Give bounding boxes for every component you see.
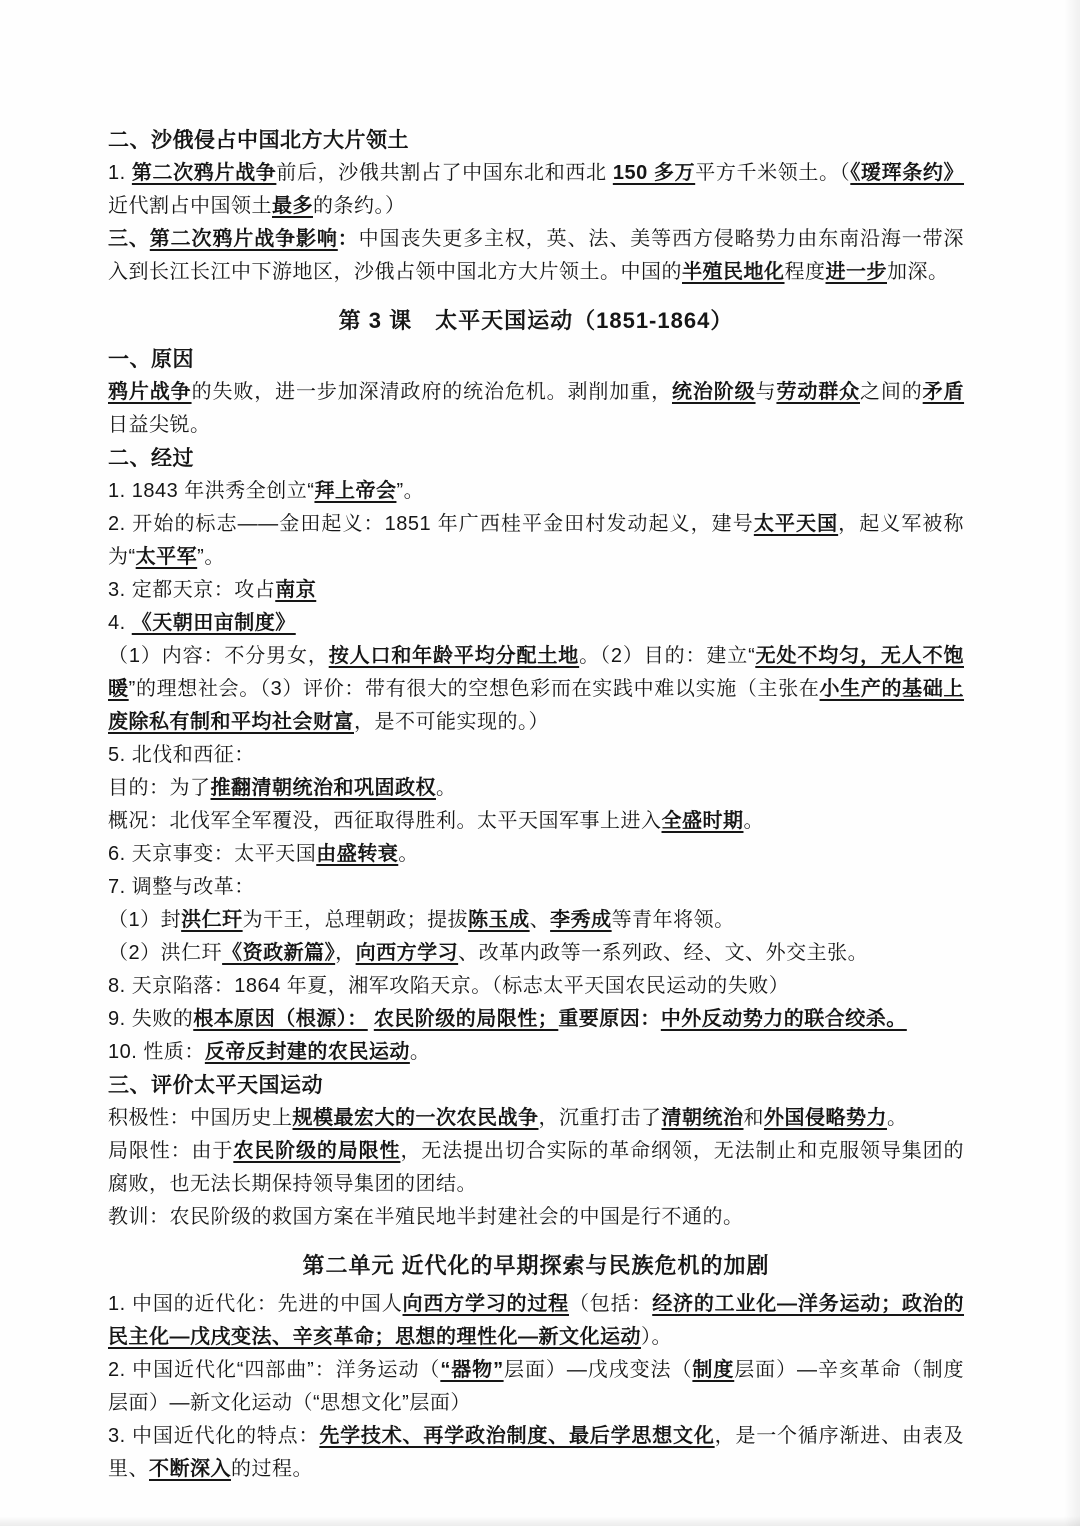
text-run: 概况：北伐军全军覆没，西征取得胜利。太平天国军事上进入 [108, 810, 662, 832]
text-run: 和 [744, 1107, 765, 1129]
text-run: 7. 调整与改革： [108, 876, 255, 898]
text-run: 向西方学习的过程 [403, 1293, 569, 1315]
text-run: ”的理想社会。（3）评价：带有很大的空想色彩而在实践中难以实施（主张在 [129, 678, 820, 700]
text-run: 。 [744, 810, 765, 832]
text-run: 反帝反封建的农民运动 [205, 1041, 410, 1063]
text-run: 先学技术、再学政治制度、最后学思想文化 [319, 1425, 714, 1447]
text-run: 的失败，进一步加深清政府的统治危机。剥削加重， [192, 381, 672, 403]
text-run: 根本原因（根源）： [193, 1008, 368, 1030]
text-run: （1）封 [108, 909, 181, 931]
text-run: 前后，沙俄共割占了中国东北和西北 [276, 162, 612, 184]
text-run: 最多 [272, 195, 313, 217]
text-run: 日益尖锐。 [108, 414, 211, 436]
text-run: 规模最宏大的一次农民战争 [293, 1107, 539, 1129]
section-heading: 一、原因 [108, 343, 964, 376]
text-run: 。（2）目的：建立“ [579, 645, 755, 667]
paragraph: 4. 《天朝田亩制度》 [108, 607, 964, 640]
text-run: 陈玉成 [468, 909, 530, 931]
text-run: 半殖民地化 [682, 261, 785, 283]
text-run: 的条约。） [313, 195, 406, 217]
text-run: 鸦片战争 [108, 381, 192, 403]
section-heading: 二、经过 [108, 442, 964, 475]
text-run: 3. 定都天京：攻占 [108, 579, 275, 601]
text-run: 积极性：中国历史上 [108, 1107, 293, 1129]
section-heading: 二、沙俄侵占中国北方大片领土 [108, 124, 964, 157]
paragraph: 5. 北伐和西征： [108, 739, 964, 772]
paragraph: 教训：农民阶级的救国方案在半殖民地半封建社会的中国是行不通的。 [108, 1201, 964, 1234]
text-run: 《天朝田亩制度》 [132, 612, 296, 634]
text-run: 由盛转衰 [316, 843, 398, 865]
text-run: 目的：为了 [108, 777, 211, 799]
text-run: 为干王，总理朝政；提拔 [243, 909, 469, 931]
page-edge-bottom [0, 1516, 1080, 1526]
text-run: 8. 天京陷落：1864 年夏，湘军攻陷天京。（标志太平天国农民运动的失败） [108, 975, 789, 997]
paragraph: 2. 开始的标志——金田起义：1851 年广西桂平金田村发动起义，建号太平天国，… [108, 508, 964, 574]
text-run: ，是不可能实现的。） [354, 711, 549, 733]
text-run: 。 [887, 1107, 908, 1129]
paragraph: 3. 定都天京：攻占南京 [108, 574, 964, 607]
text-run: 二、经过 [108, 447, 194, 470]
text-run: 1. [108, 162, 132, 184]
text-run: 第二次鸦片战争影响 [150, 228, 338, 250]
page-edge-right [1064, 0, 1080, 1526]
text-run: ，沉重打击了 [539, 1107, 662, 1129]
paragraph: 鸦片战争的失败，进一步加深清政府的统治危机。剥削加重，统治阶级与劳动群众之间的矛… [108, 376, 964, 442]
text-run: 不断深入 [149, 1458, 231, 1480]
paragraph: 2. 中国近代化“四部曲”：洋务运动（“器物”层面）—戊戌变法（制度层面）—辛亥… [108, 1354, 964, 1420]
text-run: （包括： [569, 1293, 652, 1315]
section-heading: 三、评价太平天国运动 [108, 1069, 964, 1102]
text-run: 南京 [275, 579, 316, 601]
text-run: 太平军 [136, 546, 198, 568]
text-run: 劳动群众 [776, 381, 860, 403]
paragraph: 6. 天京事变：太平天国由盛转衰。 [108, 838, 964, 871]
text-run: 三、评价太平天国运动 [108, 1074, 323, 1097]
text-run: 全盛时期 [662, 810, 744, 832]
text-run: 2. 中国近代化“四部曲”：洋务运动（ [108, 1359, 440, 1381]
text-run: 10. 性质： [108, 1041, 205, 1063]
text-run: 进一步 [826, 261, 888, 283]
paragraph: 1. 第二次鸦片战争前后，沙俄共割占了中国东北和西北 150 多万平方千米领土。… [108, 157, 964, 223]
text-run: 《资政新篇》 [222, 942, 335, 964]
paragraph: 1. 1843 年洪秀全创立“拜上帝会”。 [108, 475, 964, 508]
unit-title: 第 3 课 太平天国运动（1851-1864） [108, 304, 964, 337]
text-run: 。 [398, 843, 419, 865]
text-run: 农民阶级的局限性； [374, 1008, 559, 1030]
text-run: 近代割占中国领土 [108, 195, 272, 217]
text-run: 中外反动势力的联合绞杀。 [661, 1008, 907, 1030]
text-run: 4. [108, 612, 132, 634]
paragraph: 目的：为了推翻清朝统治和巩固政权。 [108, 772, 964, 805]
text-run: 3. 中国近代化的特点： [108, 1425, 319, 1447]
paragraph: 8. 天京陷落：1864 年夏，湘军攻陷天京。（标志太平天国农民运动的失败） [108, 970, 964, 1003]
text-run: 按人口和年龄平均分配土地 [329, 645, 579, 667]
text-run: ）。 [641, 1326, 672, 1348]
text-run: 太平天国 [754, 513, 838, 535]
text-run: 重要原因： [558, 1008, 661, 1030]
text-run: 统治阶级 [672, 381, 756, 403]
text-run: 加深。 [887, 261, 949, 283]
text-run: （1）内容：不分男女， [108, 645, 329, 667]
text-run: （2）洪仁玕 [108, 942, 222, 964]
paragraph: 三、第二次鸦片战争影响：中国丧失更多主权，英、法、美等西方侵略势力由东南沿海一带… [108, 223, 964, 289]
text-run: 的过程。 [231, 1458, 313, 1480]
paragraph: 10. 性质：反帝反封建的农民运动。 [108, 1036, 964, 1069]
text-run: 制度 [692, 1359, 734, 1381]
text-run: 150 多万 [613, 162, 695, 184]
text-run: 1. 中国的近代化：先进的中国人 [108, 1293, 403, 1315]
text-run: 推翻清朝统治和巩固政权 [211, 777, 437, 799]
text-run: 拜上帝会 [314, 480, 396, 502]
paragraph: 概况：北伐军全军覆没，西征取得胜利。太平天国军事上进入全盛时期。 [108, 805, 964, 838]
text-run: ： [338, 228, 359, 250]
document-body: 二、沙俄侵占中国北方大片领土1. 第二次鸦片战争前后，沙俄共割占了中国东北和西北… [108, 124, 964, 1486]
text-run: 与 [756, 381, 777, 403]
text-run: ”。 [396, 480, 424, 502]
text-run: 9. 失败的 [108, 1008, 193, 1030]
text-run: 一、原因 [108, 348, 194, 371]
text-run: 等青年将领。 [612, 909, 735, 931]
text-run: 教训：农民阶级的救国方案在半殖民地半封建社会的中国是行不通的。 [108, 1206, 744, 1228]
text-run: 、改革内政等一系列政、经、文、外交主张。 [458, 942, 868, 964]
scanned-notes-page: 二、沙俄侵占中国北方大片领土1. 第二次鸦片战争前后，沙俄共割占了中国东北和西北… [0, 0, 1080, 1526]
text-run: 外国侵略势力 [764, 1107, 887, 1129]
text-run: 第二单元 近代化的早期探索与民族危机的加剧 [302, 1253, 769, 1278]
text-run: 2. 开始的标志——金田起义：1851 年广西桂平金田村发动起义，建号 [108, 513, 754, 535]
text-run: 6. 天京事变：太平天国 [108, 843, 316, 865]
text-run: 向西方学习 [356, 942, 459, 964]
paragraph: 积极性：中国历史上规模最宏大的一次农民战争，沉重打击了清朝统治和外国侵略势力。 [108, 1102, 964, 1135]
text-run: 清朝统治 [662, 1107, 744, 1129]
text-run: ”。 [197, 546, 225, 568]
text-run: 平方千米领土。（ [695, 162, 850, 184]
text-run: 第 3 课 太平天国运动（1851-1864） [339, 308, 734, 333]
text-run: “器物” [440, 1359, 503, 1381]
paragraph: 7. 调整与改革： [108, 871, 964, 904]
text-run: 。 [410, 1041, 431, 1063]
text-run: 李秀成 [550, 909, 612, 931]
unit-title: 第二单元 近代化的早期探索与民族危机的加剧 [108, 1249, 964, 1282]
text-run: 矛盾 [923, 381, 964, 403]
text-run: 局限性：由于 [108, 1140, 233, 1162]
paragraph: （1）内容：不分男女，按人口和年龄平均分配土地。（2）目的：建立“无处不均匀，无… [108, 640, 964, 739]
paragraph: （1）封洪仁玕为干王，总理朝政；提拔陈玉成、李秀成等青年将领。 [108, 904, 964, 937]
text-run: 之间的 [860, 381, 923, 403]
text-run: ， [335, 942, 356, 964]
text-run: 第二次鸦片战争 [132, 162, 276, 184]
paragraph: 局限性：由于农民阶级的局限性，无法提出切合实际的革命纲领，无法制止和克服领导集团… [108, 1135, 964, 1201]
paragraph: 1. 中国的近代化：先进的中国人向西方学习的过程（包括：经济的工业化—洋务运动；… [108, 1288, 964, 1354]
text-run: 三、 [108, 228, 150, 250]
paragraph: 3. 中国近代化的特点：先学技术、再学政治制度、最后学思想文化，是一个循序渐进、… [108, 1420, 964, 1486]
text-run: 。 [436, 777, 457, 799]
text-run: 5. 北伐和西征： [108, 744, 255, 766]
text-run: 二、沙俄侵占中国北方大片领土 [108, 129, 409, 152]
text-run: 、 [530, 909, 551, 931]
text-run: 程度 [785, 261, 826, 283]
paragraph: （2）洪仁玕《资政新篇》，向西方学习、改革内政等一系列政、经、文、外交主张。 [108, 937, 964, 970]
text-run: 《瑷珲条约》 [850, 162, 964, 184]
text-run: 层面）—戊戌变法（ [504, 1359, 693, 1381]
text-run: 农民阶级的局限性 [233, 1140, 400, 1162]
text-run: 洪仁玕 [181, 909, 243, 931]
text-run: 1. 1843 年洪秀全创立“ [108, 480, 314, 502]
paragraph: 9. 失败的根本原因（根源）： 农民阶级的局限性；重要原因：中外反动势力的联合绞… [108, 1003, 964, 1036]
